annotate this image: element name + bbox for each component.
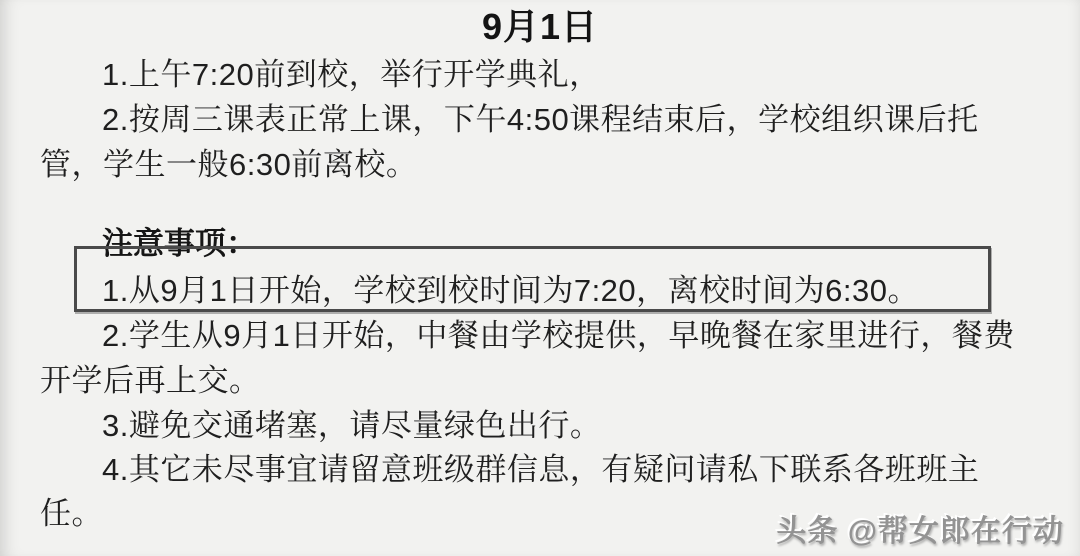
watermark: 头条 @帮女郎在行动 (776, 506, 1064, 550)
schedule-item-2: 2.按周三课表正常上课，下午4:50课程结束后，学校组织课后托管，学生一般6:3… (40, 97, 1040, 187)
note-item-1-highlighted: 1.从9月1日开始，学校到校时间为7:20，离校时间为6:30。 (40, 268, 1040, 313)
schedule-item-1: 1.上午7:20前到校，举行开学典礼， (40, 52, 1040, 97)
document-content: 9月1日 1.上午7:20前到校，举行开学典礼， 2.按周三课表正常上课，下午4… (0, 0, 1080, 536)
document-title: 9月1日 (40, 6, 1040, 48)
note-item-3: 3.避免交通堵塞，请尽量绿色出行。 (40, 403, 1040, 448)
notice-document: 9月1日 1.上午7:20前到校，举行开学典礼， 2.按周三课表正常上课，下午4… (0, 0, 1080, 556)
note-item-2: 2.学生从9月1日开始，中餐由学校提供，早晚餐在家里进行，餐费开学后再上交。 (40, 313, 1040, 403)
notes-header: 注意事项： (40, 224, 1040, 264)
